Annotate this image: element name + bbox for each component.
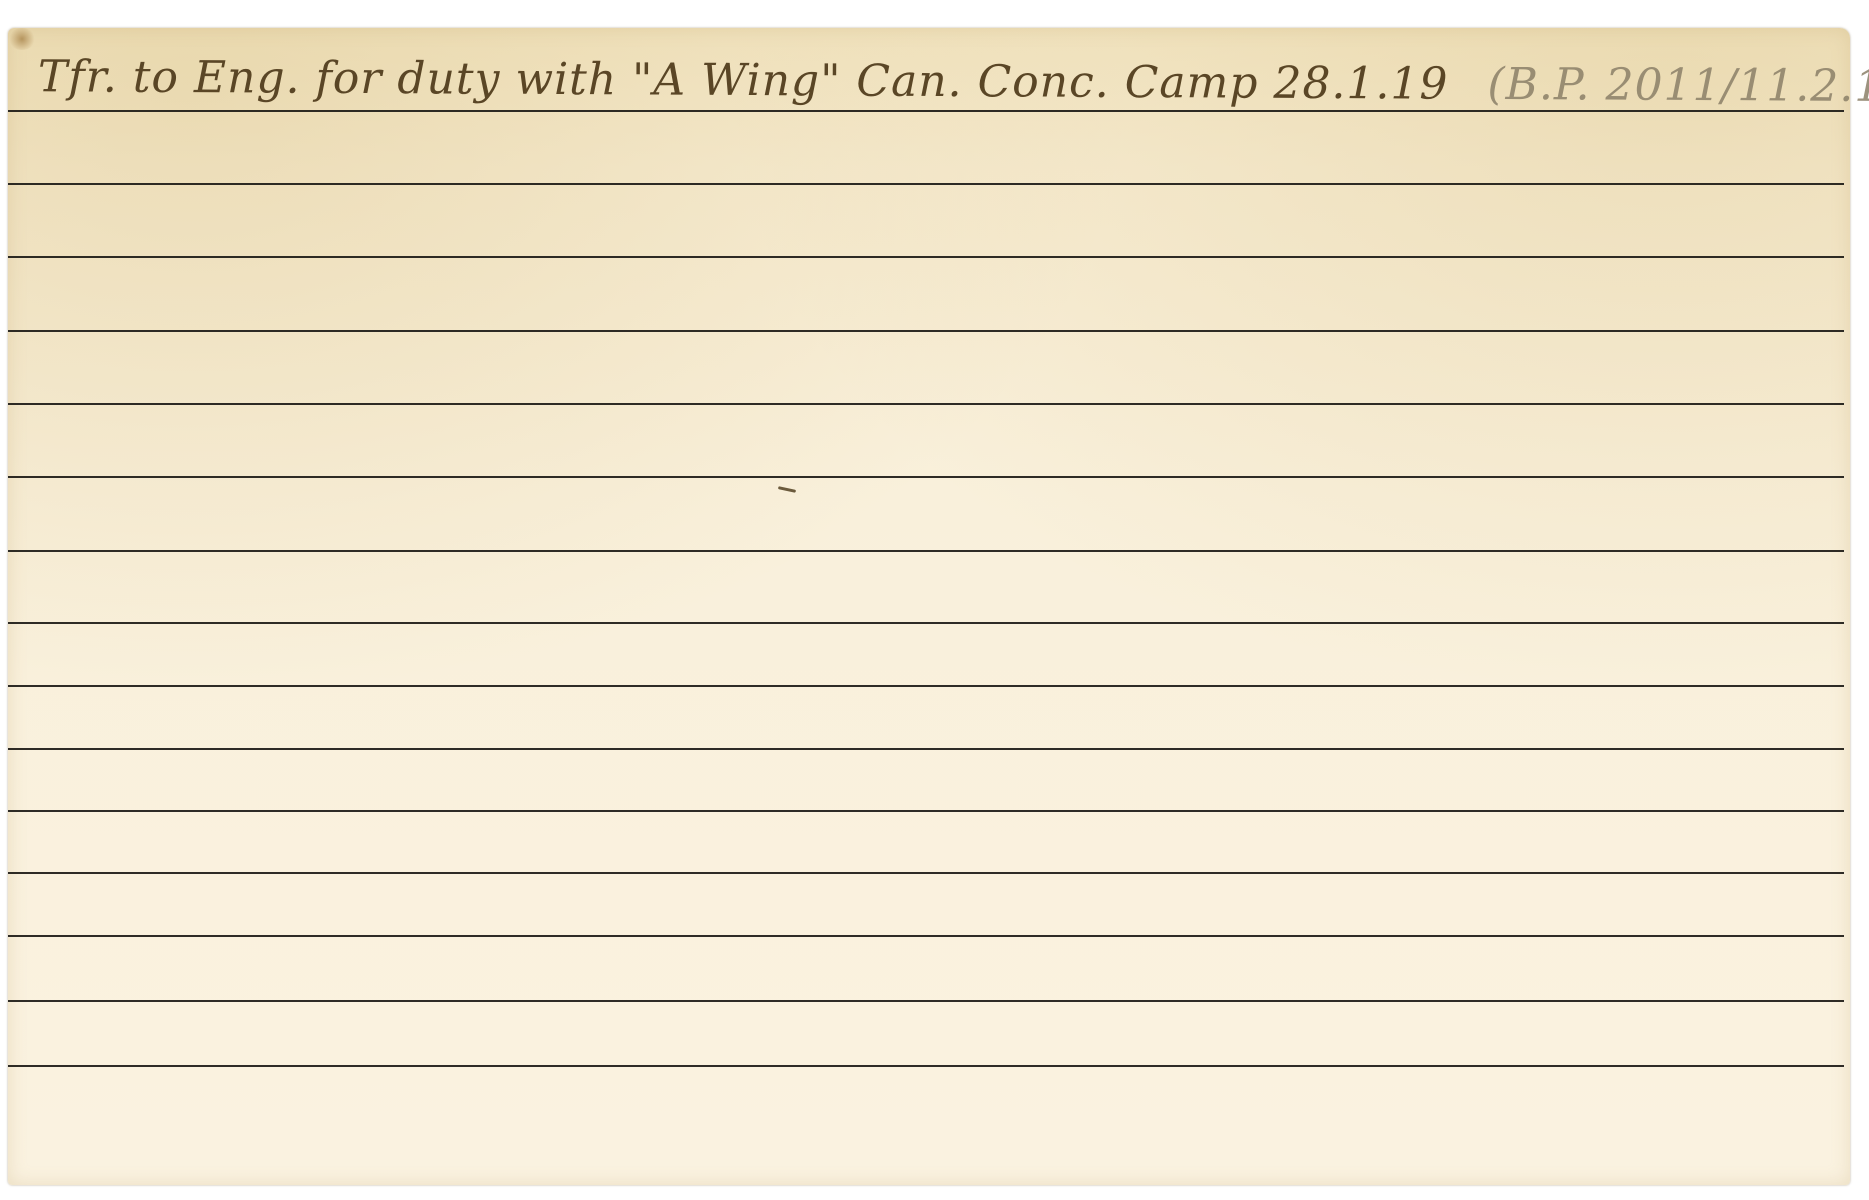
index-card: Tfr. to Eng. for duty with "A Wing" Can.…	[8, 28, 1850, 1185]
ruled-line	[8, 550, 1844, 552]
ruled-line	[8, 748, 1844, 750]
ruled-line	[8, 183, 1844, 185]
ruled-line	[8, 1065, 1844, 1067]
ruled-line	[8, 476, 1844, 478]
ruled-line	[8, 810, 1844, 812]
ruled-line	[8, 330, 1844, 332]
ruled-line	[8, 935, 1844, 937]
entry-reference: (B.P. 2011/11.2.19)	[1487, 59, 1869, 112]
ruled-line	[8, 872, 1844, 874]
ruled-line	[8, 1000, 1844, 1002]
ruled-line	[8, 403, 1844, 405]
ruled-line	[8, 256, 1844, 258]
ruled-line	[8, 110, 1844, 112]
entry-text: Tfr. to Eng. for duty with "A Wing" Can.…	[38, 51, 1449, 109]
corner-stain	[8, 28, 36, 50]
handwritten-entry: Tfr. to Eng. for duty with "A Wing" Can.…	[38, 51, 1838, 111]
stray-ink-mark	[778, 486, 796, 493]
ruled-line	[8, 685, 1844, 687]
ruled-line	[8, 622, 1844, 624]
